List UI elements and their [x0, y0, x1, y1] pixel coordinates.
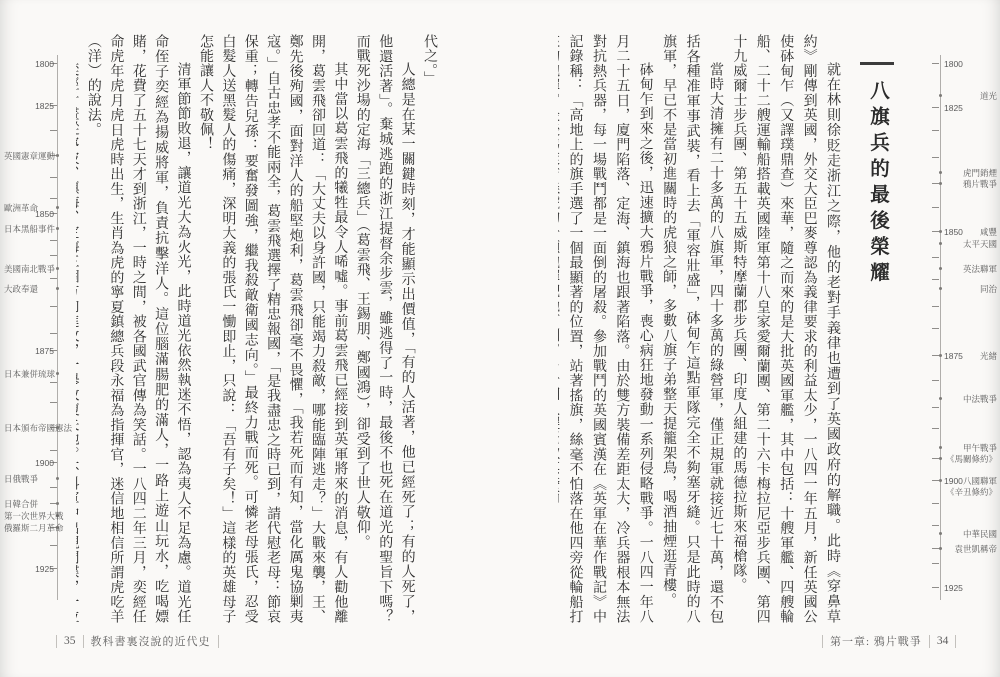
timeline-event: 美國南北戰爭	[4, 264, 55, 274]
timeline-tick	[932, 231, 939, 232]
footer-divider	[955, 635, 956, 648]
timeline-year: 1900	[35, 458, 54, 468]
timeline-tick	[932, 130, 939, 131]
timeline-year: 1800	[944, 59, 963, 69]
timeline-year: 1850	[35, 209, 54, 219]
timeline-tick	[932, 480, 939, 481]
section-heading: 八旗兵的最後榮耀	[853, 62, 901, 293]
timeline-event: 甲午戰爭	[963, 443, 997, 453]
timeline-right: 1800道光1825虎門銷煙鴉片戰爭1850咸豐太平天國英法聯軍同治1875光緒…	[928, 0, 1000, 677]
timeline-event: 太平天國	[963, 239, 997, 249]
footer-divider	[83, 635, 84, 648]
timeline-tick	[932, 548, 939, 549]
timeline-tick	[932, 380, 939, 381]
timeline-dot	[939, 94, 942, 97]
timeline-event: 大政奉還	[4, 284, 38, 294]
timeline-dot	[939, 446, 942, 449]
footer-divider	[218, 635, 219, 648]
paragraph-continuation: 代之。」	[418, 34, 440, 624]
timeline-tick	[932, 279, 939, 280]
timeline-event: 《馬關條約》	[946, 454, 997, 464]
footer-divider	[56, 635, 57, 648]
timeline-event: 英法聯軍	[963, 264, 997, 274]
timeline-dot	[939, 182, 942, 185]
timeline-year: 1850	[944, 227, 963, 237]
timeline-tick	[932, 503, 939, 504]
timeline-year: 1925	[944, 583, 963, 593]
timeline-dot	[939, 171, 942, 174]
timeline-event: 歐洲革命	[4, 203, 38, 213]
timeline-event: 日俄戰爭	[4, 474, 38, 484]
timeline-event: 中華民國	[963, 529, 997, 539]
timeline-tick	[50, 545, 57, 546]
timeline-tick	[50, 402, 57, 403]
left-page-footer: 35 教科書裏沒說的近代史	[56, 633, 219, 649]
timeline-tick	[932, 63, 939, 64]
timeline-tick	[50, 255, 57, 256]
timeline-dot	[56, 206, 59, 209]
timeline-dot	[939, 267, 942, 270]
timeline-dot	[939, 230, 942, 233]
paragraph: 人總是在某一關鍵時刻，才能顯示出價值，「有的人活著，他已經死了；有的人死了，他還…	[350, 34, 417, 624]
timeline-dot	[56, 287, 59, 290]
timeline-tick	[932, 328, 939, 329]
book-spread: 18001825英國憲章運動歐洲革命1850日本黑船事件美國南北戰爭大政奉還18…	[0, 0, 1000, 677]
timeline-event: 日本兼併琉球	[4, 369, 55, 379]
timeline-year: 1900	[944, 476, 963, 486]
timeline-event: 道光	[980, 91, 997, 101]
timeline-tick	[50, 278, 57, 279]
right-page-footer: 第一章: 鴉片戰爭 34	[822, 633, 956, 649]
timeline-dot	[56, 154, 59, 157]
page-number: 34	[937, 635, 949, 647]
timeline-year: 1875	[35, 346, 54, 356]
timeline-dot	[939, 532, 942, 535]
timeline-dot	[56, 372, 59, 375]
timeline-tick	[932, 107, 939, 108]
paragraph: 清軍節節敗退，讓道光大為火光，此時道光依然執迷不悟，認為夷人不足為慮。道光任命侄…	[82, 34, 194, 624]
timeline-event: 日本黑船事件	[4, 224, 55, 234]
timeline-event: 同治	[980, 284, 997, 294]
timeline-event: 袁世凱稱帝	[954, 544, 997, 554]
timeline-tick	[50, 487, 57, 488]
timeline-dot	[939, 479, 942, 482]
timeline-year: 1925	[35, 564, 54, 574]
timeline-tick	[932, 587, 939, 588]
timeline-event: 日韓合併	[4, 499, 38, 509]
paragraph: 奕經計畫從寧波、鎮海、定海三個方向進攻，一舉收復失地。不料軍中出現間諜，一位名為…	[76, 34, 82, 624]
footer-divider	[822, 635, 823, 648]
timeline-tick	[932, 183, 939, 184]
timeline-left: 18001825英國憲章運動歐洲革命1850日本黑船事件美國南北戰爭大政奉還18…	[0, 0, 72, 677]
timeline-tick	[50, 240, 57, 241]
book-title: 教科書裏沒說的近代史	[91, 633, 211, 649]
timeline-dot	[939, 457, 942, 460]
timeline-tick	[50, 306, 57, 307]
timeline-event: 中法戰爭	[963, 394, 997, 404]
timeline-event: 虎門銷煙	[963, 168, 997, 178]
timeline-dot	[56, 477, 59, 480]
timeline-event: 咸豐	[980, 227, 997, 237]
paragraph: 砵甸乍到來之後，迅速擴大鴉片戰爭，喪心病狂地發動一系列侵略戰爭。一八四一年八月二…	[558, 34, 657, 624]
timeline-tick	[932, 306, 939, 307]
timeline-event: 鴉片戰爭	[963, 179, 997, 189]
timeline-event: 俄羅斯二月革命	[4, 523, 64, 533]
timeline-event: 英國憲章運動	[4, 151, 55, 161]
timeline-year: 1825	[944, 103, 963, 113]
timeline-event: 《辛丑條約》	[946, 487, 997, 497]
timeline-event: 八國聯軍	[963, 476, 997, 486]
left-page-body: 代之。」 人總是在某一關鍵時刻，才能顯示出價值，「有的人活著，他已經死了；有的人…	[76, 34, 440, 624]
paragraph: 其中當以葛雲飛的犧牲最令人唏噓。事前葛雲飛已經接到英軍將來的消息，有人勸他離開，…	[194, 34, 351, 624]
timeline-tick	[932, 407, 939, 408]
timeline-dot	[939, 287, 942, 290]
timeline-tick	[932, 458, 939, 459]
timeline-tick	[932, 207, 939, 208]
footer-divider	[929, 635, 930, 648]
timeline-tick	[932, 257, 939, 258]
timeline-dot	[939, 354, 942, 357]
section-title: 八旗兵的最後榮耀	[863, 80, 891, 288]
timeline-event: 光緒	[980, 351, 997, 361]
timeline-tick	[50, 333, 57, 334]
chapter-title: 第一章: 鴉片戰爭	[830, 633, 922, 649]
timeline-tick	[932, 157, 939, 158]
timeline-tick	[932, 355, 939, 356]
paragraph: 當時大清擁有二十多萬的八旗軍，四十多萬的綠營軍，僅正規軍就接近七十萬，還不包括各…	[657, 34, 727, 624]
timeline-year: 1875	[944, 351, 963, 361]
timeline-dot	[939, 547, 942, 550]
timeline-dot	[56, 227, 59, 230]
timeline-dot	[939, 242, 942, 245]
heading-rule	[860, 62, 894, 65]
timeline-tick	[50, 130, 57, 131]
timeline-dot	[56, 267, 59, 270]
timeline-dot	[56, 502, 59, 505]
timeline-tick	[50, 382, 57, 383]
right-page-body: 就在林則徐貶走浙江之際，他的老對手義律也遭到了英國政府的解職。此時《穿鼻草約》剛…	[558, 34, 844, 624]
timeline-year: 1800	[35, 59, 54, 69]
timeline-tick	[932, 525, 939, 526]
page-number: 35	[64, 635, 76, 647]
timeline-year: 1825	[35, 101, 54, 111]
timeline-tick	[932, 563, 939, 564]
timeline-dot	[939, 397, 942, 400]
timeline-event: 第一次世界大戰	[4, 511, 64, 521]
paragraph: 就在林則徐貶走浙江之際，他的老對手義律也遭到了英國政府的解職。此時《穿鼻草約》剛…	[727, 34, 844, 624]
timeline-tick	[50, 450, 57, 451]
timeline-tick	[932, 428, 939, 429]
timeline-tick	[50, 198, 57, 199]
timeline-tick	[50, 177, 57, 178]
timeline-event: 日本頒布帝國憲法	[4, 423, 72, 433]
timeline-right-axis	[940, 55, 941, 600]
